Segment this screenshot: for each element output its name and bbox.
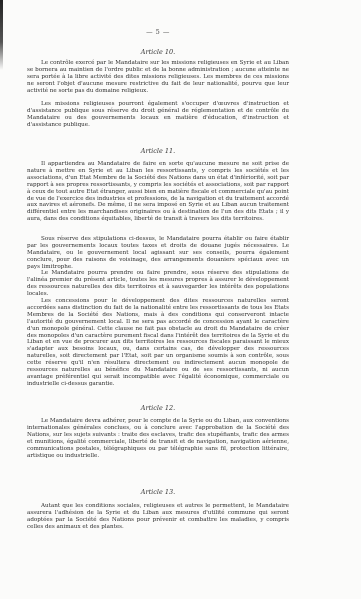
article-13-title: Article 13. (27, 488, 289, 496)
article-11-paragraph-4: Les concessions pour le développement de… (27, 298, 289, 388)
article-11-title: Article 11. (27, 147, 289, 155)
article-11-paragraph-1: Il appartiendra au Mandataire de faire e… (27, 161, 289, 223)
article-11-paragraph-3: Le Mandataire pourra prendre ou faire pr… (27, 270, 289, 298)
article-10-paragraph-1: Le contrôle exercé par le Mandataire sur… (27, 60, 289, 95)
article-11-paragraph-2: Sous réserve des stipulations ci-dessus,… (27, 236, 289, 271)
page-number: — 5 — (27, 28, 289, 36)
article-12-title: Article 12. (27, 404, 289, 412)
article-10-paragraph-2: Les missions religieuses pourront égalem… (27, 101, 289, 129)
scan-edge-shadow (0, 0, 3, 70)
article-13-paragraph-1: Autant que les conditions sociales, reli… (27, 503, 289, 531)
article-10-title: Article 10. (27, 48, 289, 56)
article-12-paragraph-1: Le Mandataire devra adhérer, pour le com… (27, 418, 289, 459)
